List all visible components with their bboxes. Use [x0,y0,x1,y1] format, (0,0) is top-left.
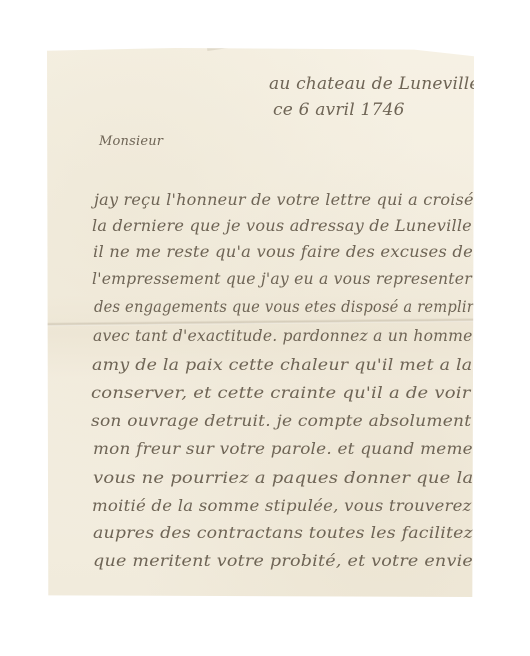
letter-line: que meritent votre probité, et votre env… [93,552,473,570]
letter-date: ce 6 avril 1746 [273,100,405,120]
letter-salutation: Monsieur [99,134,163,149]
letter-line: mon freur sur votre parole. et quand mem… [93,440,473,458]
letter-line: l'empressement que j'ay eu a vous repres… [92,270,472,288]
letter-line: il ne me reste qu'a vous faire des excus… [93,243,473,261]
letter-line: amy de la paix cette chaleur qu'il met a… [92,356,472,374]
letter-line: la derniere que je vous adressay de Lune… [92,217,472,235]
letter-line: son ouvrage detruit. je compte absolumen… [91,412,471,430]
letter-paper: au chateau de Luneville ce 6 avril 1746 … [47,48,474,597]
paper-crease [207,12,465,51]
letter-line: aupres des contractans toutes les facili… [93,524,473,542]
letter-place: au chateau de Luneville [269,74,480,94]
letter-line: jay reçu l'honneur de votre lettre qui a… [94,191,474,209]
letter-line: des engagements que vous etes disposé a … [94,298,474,316]
letter-line: moitié de la somme stipulée, vous trouve… [92,497,472,515]
letter-line: vous ne pourriez a paques donner que la [93,469,473,487]
letter-line: conserver, et cette crainte qu'il a de v… [91,384,471,402]
paper-fold [47,318,474,326]
letter-line: avec tant d'exactitude. pardonnez a un h… [93,327,473,345]
